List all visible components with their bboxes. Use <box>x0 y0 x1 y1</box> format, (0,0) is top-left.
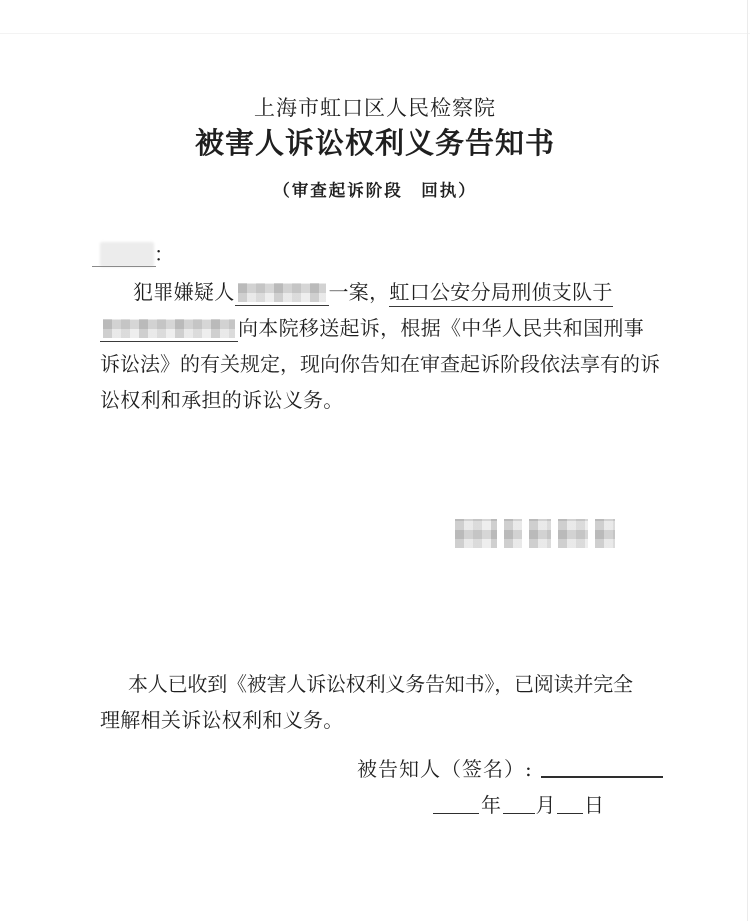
body-line-2: 向本院移送起诉，根据《中华人民共和国刑事 <box>100 313 656 343</box>
day-blank-line <box>557 795 583 814</box>
signatory-row: 被告知人（签名）: <box>357 753 663 782</box>
salutation-underline <box>92 266 156 267</box>
date-blank-row: 年月日 <box>433 789 605 818</box>
redacted-date-block-4 <box>558 519 588 548</box>
document-title: 被害人诉讼权利义务告知书 <box>0 121 750 162</box>
redacted-date-block-3 <box>529 519 551 548</box>
body-line-4: 讼权利和承担的诉讼义务。 <box>100 385 656 415</box>
redacted-transfer-date <box>103 319 235 338</box>
salutation-colon: ： <box>154 242 174 266</box>
redacted-addressee <box>100 242 154 267</box>
signatory-label: 被告知人（签名）: <box>357 757 533 781</box>
year-blank-line <box>433 795 479 814</box>
org-name: 上海市虹口区人民检察院 <box>0 92 750 122</box>
salutation-line: ： <box>100 238 174 267</box>
redacted-suspect-name <box>238 283 326 302</box>
document-subtitle: （审查起诉阶段 回执） <box>0 177 750 201</box>
month-label: 月 <box>536 793 557 817</box>
year-label: 年 <box>481 793 502 817</box>
body-line-3: 诉讼法》的有关规定，现向你告知在审查起诉阶段依法享有的诉 <box>100 349 656 379</box>
receipt-line-2: 理解相关诉讼权利和义务。 <box>100 704 344 733</box>
redacted-date-block-1 <box>455 519 497 548</box>
signature-blank-line <box>541 758 663 778</box>
redacted-date-block-2 <box>504 519 522 548</box>
receipt-line-1: 本人已收到《被害人诉讼权利义务告知书》，已阅读并完全 <box>100 668 688 697</box>
body-line2-text: 向本院移送起诉，根据《中华人民共和国刑事 <box>238 316 644 340</box>
body-line1-case: 一案， <box>329 280 390 304</box>
document-page: 上海市虹口区人民检察院 被害人诉讼权利义务告知书 （审查起诉阶段 回执） ： 犯… <box>0 0 750 921</box>
body-line-1: 犯罪嫌疑人一案，虹口公安分局刑侦支队于 <box>100 277 689 307</box>
underlined-agency: 虹口公安分局刑侦支队于 <box>389 280 612 307</box>
body-line1-lead: 犯罪嫌疑人 <box>133 280 235 304</box>
redacted-suspect-name-wrap <box>235 281 329 306</box>
day-label: 日 <box>584 793 605 817</box>
month-blank-line <box>503 795 535 814</box>
redacted-date-block-5 <box>595 519 615 548</box>
scan-edge-top <box>0 33 750 34</box>
redacted-transfer-date-wrap <box>100 317 238 342</box>
redacted-issue-date <box>455 519 615 548</box>
